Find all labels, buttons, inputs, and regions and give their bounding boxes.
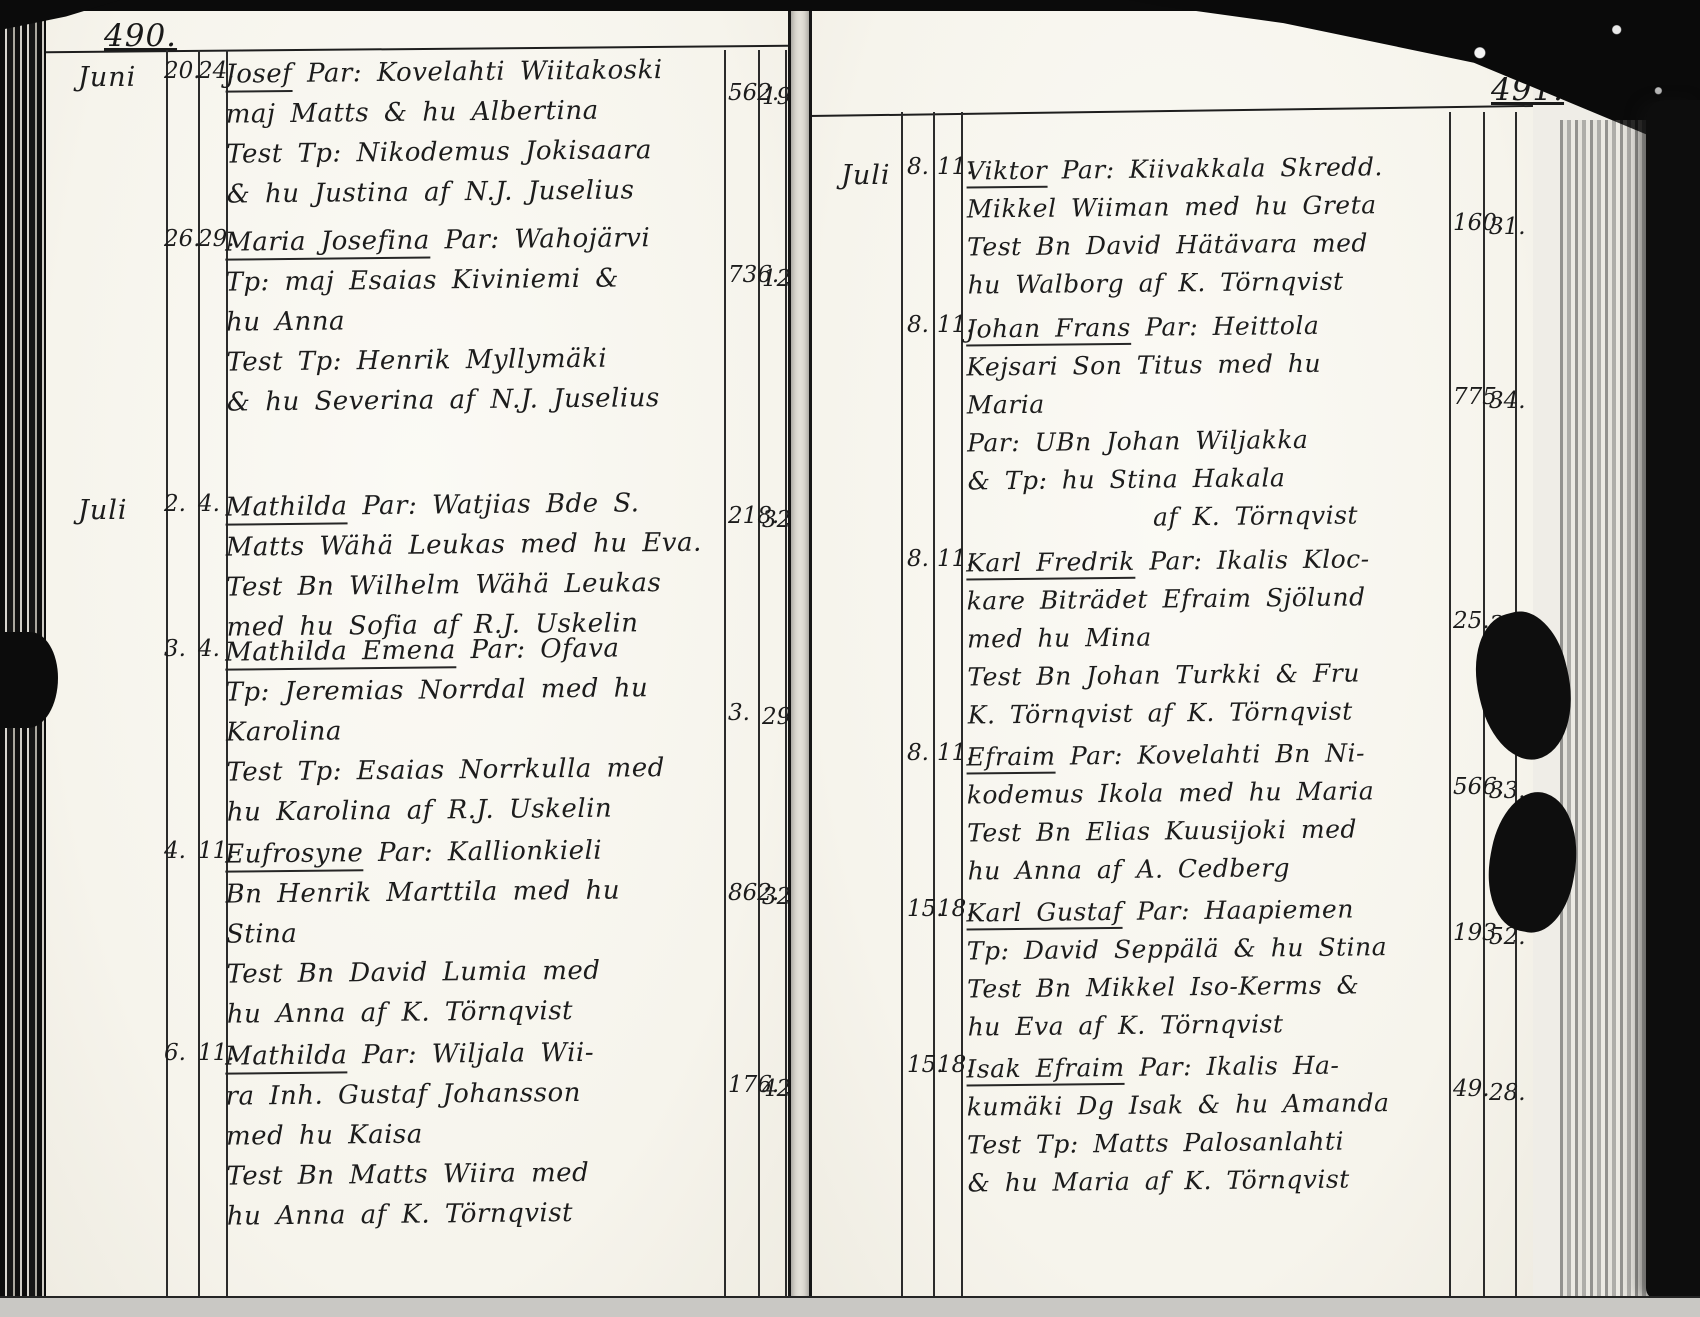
entry-line: Stina (226, 909, 731, 954)
entry-name: Viktor (966, 156, 1047, 189)
entry-line: maj Matts & hu Albertina (226, 89, 731, 134)
entry-name-rest: Par: Ikalis Ha- (1139, 1051, 1340, 1082)
entry-line: kodemus Ikola med hu Maria (967, 771, 1453, 814)
entry-name: Karl Gustaf (966, 897, 1122, 931)
entry-text: Johan Frans Par: Heittola Kejsari Son Ti… (966, 305, 1454, 538)
birth-date: 8. (907, 154, 929, 180)
scan-edge (1646, 100, 1700, 1300)
birth-date: 20. (164, 58, 201, 84)
entry-line: & hu Severina af N.J. Juselius (227, 377, 732, 422)
entry-text: Efraim Par: Kovelahti Bn Ni- kodemus Iko… (966, 733, 1454, 890)
entry-line: Test Bn David Hätävara med (967, 223, 1453, 266)
entry-line: & hu Maria af K. Törnqvist (967, 1159, 1453, 1202)
entry-line: Test Tp: Henrik Myllymäki (226, 337, 731, 382)
entry-line: Bn Henrik Marttila med hu (225, 869, 730, 914)
birth-date: 6. (164, 1040, 186, 1066)
entry-line: & Tp: hu Stina Hakala (967, 457, 1453, 500)
month-label: Juni (78, 62, 136, 93)
entry-line: & hu Justina af N.J. Juselius (226, 169, 731, 214)
entry-line: Kejsari Son Titus med hu (966, 343, 1452, 386)
entry-line: Test Bn Johan Turkki & Fru (967, 653, 1453, 696)
entry-line: Test Bn Matts Wiira med (226, 1151, 731, 1196)
scan-edge (1560, 120, 1650, 1300)
entry-line: kumäki Dg Isak & hu Amanda (967, 1083, 1453, 1126)
column-rule (933, 112, 935, 1296)
birth-date: 2. (164, 491, 186, 517)
birth-date: 26. (164, 226, 201, 252)
entry-line: hu Walborg af K. Törnqvist (967, 261, 1453, 304)
left-page: 490. Juni 20. 24. Josef Par: Kovelahti W… (46, 10, 788, 1296)
right-page: 491. Juli 8. 11. Viktor Par: Kiivakkala … (809, 10, 1533, 1296)
entry-name: Efraim (966, 742, 1055, 775)
page-number: 490. (104, 18, 177, 54)
entry-line: med hu Mina (967, 615, 1453, 658)
entry-line: K. Törnqvist af K. Törnqvist (968, 691, 1454, 734)
ledger-number-primary: 3. (728, 700, 750, 726)
ledger-number-secondary: 34. (1489, 388, 1526, 414)
register-scan: 490. Juni 20. 24. Josef Par: Kovelahti W… (0, 0, 1700, 1317)
entry-name-rest: Par: Haapiemen (1137, 894, 1354, 925)
entry-line: hu Anna (226, 297, 731, 342)
entry-text: Mathilda Par: Wiljala Wii- ra Inh. Gusta… (225, 1031, 732, 1236)
baptism-date: 4. (198, 636, 220, 662)
entry-name: Mathilda Emena (225, 635, 456, 670)
entry-line: med hu Kaisa (226, 1111, 731, 1156)
entry-text: Maria Josefina Par: Wahojärvi Tp: maj Es… (225, 217, 732, 422)
birth-date: 8. (907, 546, 929, 572)
birth-date: 8. (907, 312, 929, 338)
entry-line: Test Tp: Esaias Norrkulla med (226, 747, 731, 792)
entry-text: Mathilda Emena Par: Ofava Tp: Jeremias N… (225, 627, 732, 832)
entry-line: hu Anna af K. Törnqvist (227, 1191, 732, 1236)
entry-line: hu Eva af K. Törnqvist (967, 1003, 1453, 1046)
entry-name: Maria Josefina (225, 226, 430, 261)
ledger-number-secondary: 28. (1489, 1080, 1526, 1106)
entry-line: Test Bn David Lumia med (226, 949, 731, 994)
entry-line: ra Inh. Gustaf Johansson (225, 1071, 730, 1116)
entry-name: Mathilda (225, 491, 347, 525)
entry-line: hu Karolina af R.J. Uskelin (227, 787, 732, 832)
entry-line: Tp: maj Esaias Kiviniemi & (225, 257, 730, 302)
column-rule (901, 112, 903, 1296)
entry-name: Eufrosyne (225, 838, 363, 872)
entry-line: Karolina (226, 707, 731, 752)
entry-name-rest: Par: Kallionkieli (378, 836, 602, 868)
entry-line: Tp: Jeremias Norrdal med hu (225, 667, 730, 712)
entry-line: kare Biträdet Efraim Sjölund (966, 577, 1452, 620)
entry-line: Test Tp: Matts Palosanlahti (967, 1121, 1453, 1164)
entry-name: Karl Fredrik (966, 547, 1135, 581)
birth-date: 8. (907, 740, 929, 766)
entry-line: Maria (967, 381, 1453, 424)
entry-line: Test Bn Elias Kuusijoki med (967, 809, 1453, 852)
entry-name: Mathilda (225, 1040, 347, 1074)
entry-name-rest: Par: Kovelahti Bn Ni- (1070, 738, 1365, 770)
entry-name-rest: Par: Kiivakkala Skredd. (1062, 152, 1383, 184)
entry-line: Tp: David Seppälä & hu Stina (967, 927, 1453, 970)
ledger-number-secondary: 31. (1489, 214, 1526, 240)
entry-line: hu Anna af A. Cedberg (967, 847, 1453, 890)
entry-text: Karl Fredrik Par: Ikalis Kloc- kare Bitr… (966, 539, 1454, 734)
entry-line: Test Bn Mikkel Iso-Kerms & (967, 965, 1453, 1008)
entry-text: Mathilda Par: Watjias Bde S. Matts Wähä … (225, 482, 732, 647)
entry-line: Mikkel Wiiman med hu Greta (967, 185, 1453, 228)
entry-text: Josef Par: Kovelahti Wiitakoski maj Matt… (225, 49, 732, 214)
entry-line: Test Tp: Nikodemus Jokisaara (226, 129, 731, 174)
entry-name-rest: Par: Watjias Bde S. (362, 488, 640, 521)
entry-text: Viktor Par: Kiivakkala Skredd. Mikkel Wi… (966, 147, 1454, 304)
ledger-number-primary: 49. (1453, 1076, 1490, 1102)
entry-name-rest: Par: Wahojärvi (444, 223, 650, 255)
column-rule (758, 50, 760, 1296)
top-rule (809, 105, 1533, 117)
entry-name: Johan Frans (966, 313, 1131, 347)
entry-name-rest: Par: Ikalis Kloc- (1149, 544, 1370, 575)
column-rule (785, 50, 787, 1296)
baptism-date: 4. (198, 491, 220, 517)
page-gutter (788, 0, 812, 1317)
entry-name-rest: Par: Heittola (1145, 311, 1319, 342)
bottom-scan-edge (0, 1296, 1700, 1317)
birth-date: 4. (164, 838, 186, 864)
entry-text: Karl Gustaf Par: Haapiemen Tp: David Sep… (966, 889, 1454, 1046)
entry-line: Matts Wähä Leukas med hu Eva. (226, 522, 731, 567)
entry-line: Par: UBn Johan Wiljakka (967, 419, 1453, 462)
entry-line: af K. Törnqvist (1153, 495, 1454, 536)
entry-name: Josef (225, 59, 292, 93)
entry-name-rest: Par: Wiljala Wii- (362, 1038, 594, 1070)
entry-text: Eufrosyne Par: Kallionkieli Bn Henrik Ma… (225, 829, 732, 1034)
entry-text: Isak Efraim Par: Ikalis Ha- kumäki Dg Is… (966, 1045, 1454, 1202)
column-rule (961, 112, 963, 1296)
entry-line: hu Anna af K. Törnqvist (227, 989, 732, 1034)
entry-name-rest: Par: Ofava (470, 634, 619, 666)
month-label: Juli (78, 495, 127, 526)
month-label: Juli (841, 160, 890, 191)
entry-name-rest: Par: Kovelahti Wiitakoski (307, 55, 663, 89)
birth-date: 3. (164, 636, 186, 662)
entry-line: Test Bn Wilhelm Wähä Leukas (226, 562, 731, 607)
entry-name: Isak Efraim (966, 1053, 1125, 1087)
